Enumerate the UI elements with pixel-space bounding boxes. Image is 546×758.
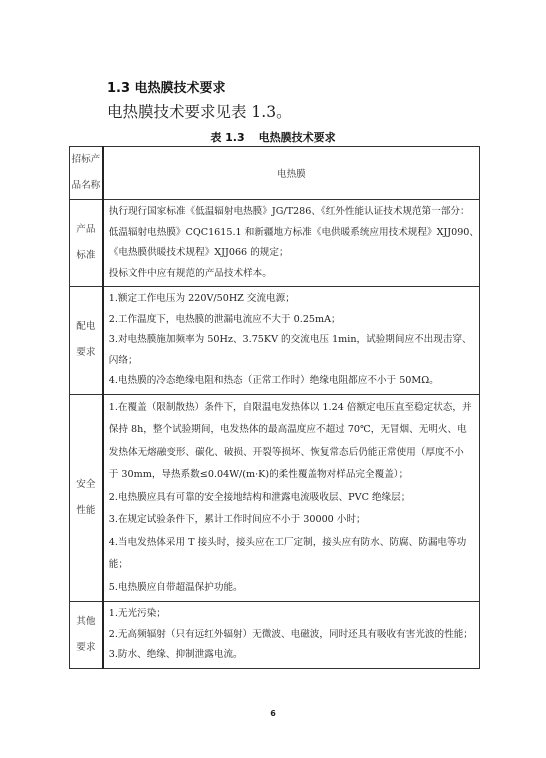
table-row-safety: 安全 性能 1.在覆盖（限制散热）条件下，自限温电发热体以 1.24 倍额定电压… — [70, 394, 480, 602]
content-line: 3.防水、绝缘、抑制泄露电流。 — [109, 645, 479, 666]
content-line: 2.电热膜应具有可靠的安全接地结构和泄露电流吸收层、PVC 绝缘层； — [109, 487, 479, 510]
table-header-row: 招标产 品名称 电热膜 — [70, 147, 480, 200]
row-label-line: 标准 — [70, 243, 102, 269]
row-label-line: 性能 — [70, 498, 102, 524]
content-line: 执行现行国家标准《低温辐射电热膜》JG/T286、《红外性能认证技术规范第一部分… — [109, 202, 479, 223]
content-line: 5.电热膜应自带超温保护功能。 — [109, 577, 479, 600]
content-line: 于 30mm，导热系数≤0.04W/(m·K)的柔性覆盖物对样品完全覆盖）； — [109, 464, 479, 487]
content-line: 投标文件中应有规范的产品技术样本。 — [109, 264, 479, 285]
content-line: 4.电热膜的冷态绝缘电阻和热态（正常工作时）绝缘电阻都应不小于 50MΩ。 — [109, 371, 479, 392]
content-line: 发热体无熔融变形、碳化、破损、开裂等损坏、恢复常态后仍能正常使用（厚度不小 — [109, 442, 479, 465]
row-label: 安全 性能 — [70, 394, 103, 602]
row-label-line: 安全 — [70, 472, 102, 498]
row-label: 配电 要求 — [70, 287, 103, 395]
content-line: 3.在规定试验条件下，累计工作时间应不小于 30000 小时； — [109, 509, 479, 532]
row-label-line: 产品 — [70, 217, 102, 243]
content-line: 1.额定工作电压为 220V/50HZ 交流电源； — [109, 289, 479, 310]
content-line: 闪络； — [109, 351, 479, 372]
content-line: 2.无高频辐射（只有远红外辐射）无微波、电磁波，同时还具有吸收有害光波的性能； — [109, 625, 479, 646]
row-label-line: 要求 — [70, 635, 102, 661]
section-heading: 1.3 电热膜技术要求 — [107, 77, 226, 96]
table-row-standard: 产品 标准 执行现行国家标准《低温辐射电热膜》JG/T286、《红外性能认证技术… — [70, 200, 480, 287]
table-caption: 表 1.3电热膜技术要求 — [0, 129, 546, 145]
row-label: 招标产 品名称 — [70, 147, 103, 200]
content-line: 1.无光污染； — [109, 604, 479, 625]
content-line: 《电热膜供暖技术规程》XJJ066 的规定； — [109, 243, 479, 264]
table-row-other: 其他 要求 1.无光污染； 2.无高频辐射（只有远红外辐射）无微波、电磁波，同时… — [70, 602, 480, 669]
content-line: 2.工作温度下，电热膜的泄漏电流应不大于 0.25mA； — [109, 310, 479, 331]
intro-paragraph: 电热膜技术要求见表 1.3。 — [107, 100, 292, 122]
row-label-line: 品名称 — [70, 173, 102, 199]
row-label: 产品 标准 — [70, 200, 103, 287]
row-content: 1.额定工作电压为 220V/50HZ 交流电源； 2.工作温度下，电热膜的泄漏… — [103, 287, 480, 395]
row-label-line: 配电 — [70, 314, 102, 340]
content-line: 低温辐射电热膜》CQC1615.1 和新疆地方标准《电供暖系统应用技术规程》XJ… — [109, 223, 479, 244]
row-content: 1.在覆盖（限制散热）条件下，自限温电发热体以 1.24 倍额定电压直至稳定状态… — [103, 394, 480, 602]
document-page: 1.3 电热膜技术要求 电热膜技术要求见表 1.3。 表 1.3电热膜技术要求 … — [0, 0, 546, 758]
table-caption-title: 电热膜技术要求 — [259, 131, 336, 144]
product-name-cell: 电热膜 — [103, 147, 480, 200]
row-label-line: 要求 — [70, 340, 102, 366]
row-content: 执行现行国家标准《低温辐射电热膜》JG/T286、《红外性能认证技术规范第一部分… — [103, 200, 480, 287]
row-label: 其他 要求 — [70, 602, 103, 669]
content-line: 1.在覆盖（限制散热）条件下，自限温电发热体以 1.24 倍额定电压直至稳定状态… — [109, 397, 479, 420]
content-line: 3.对电热膜施加频率为 50Hz、3.75KV 的交流电压 1min，试验期间应… — [109, 330, 479, 351]
row-label-line: 其他 — [70, 609, 102, 635]
content-line: 保持 8h，整个试验期间，电发热体的最高温度应不超过 70℃，无冒烟、无明火、电 — [109, 419, 479, 442]
row-label-line: 招标产 — [70, 147, 102, 173]
spec-table: 招标产 品名称 电热膜 产品 标准 执行现行国家标准《低温辐射电热膜》JG/T2… — [69, 146, 480, 669]
row-content: 1.无光污染； 2.无高频辐射（只有远红外辐射）无微波、电磁波，同时还具有吸收有… — [103, 602, 480, 669]
page-number: 6 — [0, 709, 546, 718]
content-line: 能； — [109, 554, 479, 577]
content-line: 4.当电发热体采用 T 接头时，接头应在工厂定制，接头应有防水、防腐、防漏电等功 — [109, 532, 479, 555]
table-row-power: 配电 要求 1.额定工作电压为 220V/50HZ 交流电源； 2.工作温度下，… — [70, 287, 480, 395]
table-caption-number: 表 1.3 — [210, 131, 244, 144]
